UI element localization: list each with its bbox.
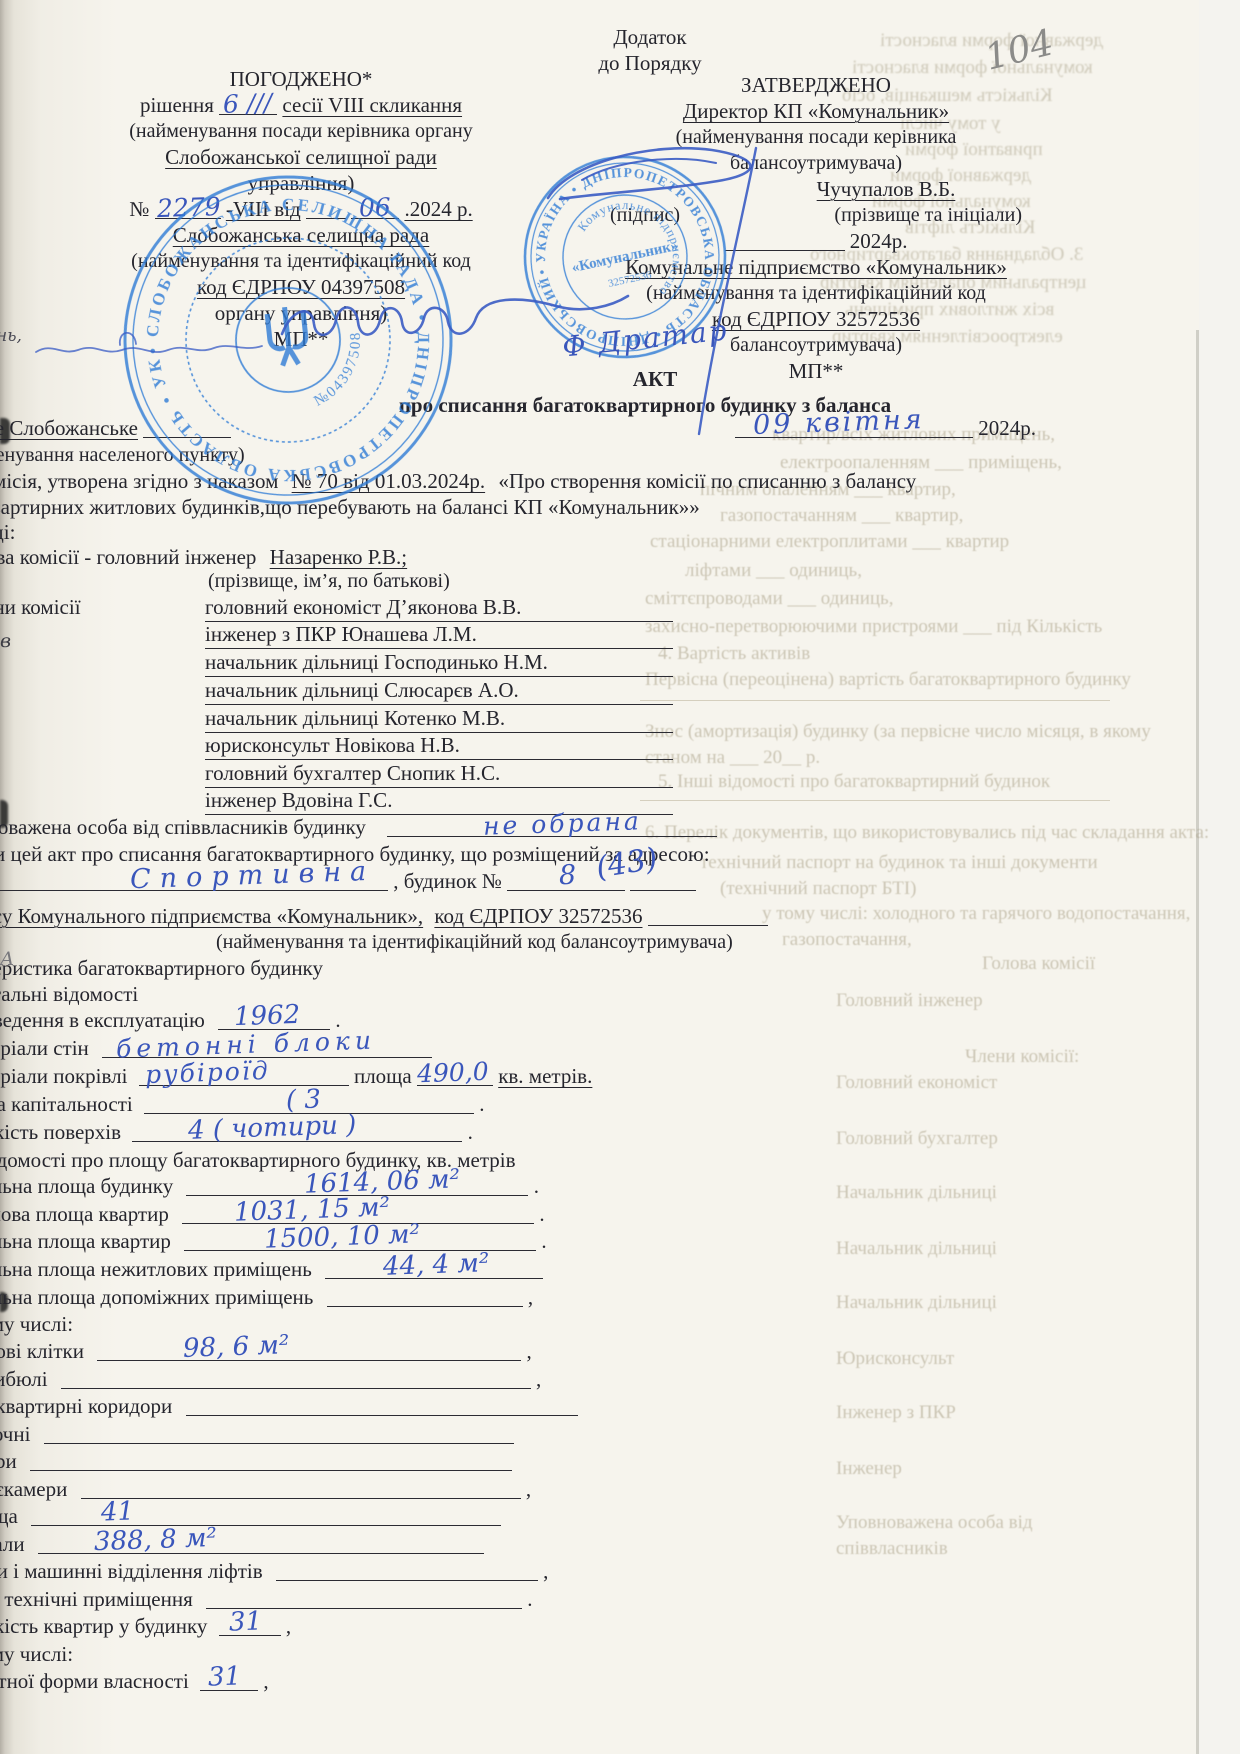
bleedthrough-text: Юрисконсульт [836, 1348, 954, 1370]
date-year: 2024р. [978, 416, 1036, 440]
field-label: група капітальності [0, 1092, 133, 1116]
field-mid-label: площа [354, 1064, 412, 1088]
field-label: матеріали покрівлі [0, 1064, 127, 1088]
member-name: начальник дільниці Котенко М.В. [205, 705, 673, 733]
blank-line: 09 квітня [735, 415, 973, 438]
field-label: колясочні [0, 1422, 30, 1446]
bleedthrough-text: співвласників [836, 1538, 948, 1560]
bleedthrough-text: Інженер [836, 1458, 902, 1480]
member-name: інженер з ПКР Юнашева Л.М. [205, 621, 673, 649]
member-row: начальник дільниці Слюсарєв А.О. [205, 677, 673, 705]
address-line: Спортивна , будинок № 8 [0, 868, 696, 894]
handwritten-date: 09 квітня [752, 403, 925, 443]
field-suffix: кв. метрів. [498, 1064, 592, 1088]
area-row: горища 41 [0, 1503, 501, 1529]
commission-head-line: Голова комісії - головний інженер Назаре… [0, 544, 407, 570]
area-row: сміттєкамери , [0, 1476, 531, 1502]
field-suffix: . [539, 1202, 544, 1226]
page-edge-line [1196, 330, 1199, 1754]
blank-line: 31 [200, 1668, 258, 1691]
field-suffix: . [541, 1229, 546, 1253]
blank-line: не обрана [387, 814, 717, 837]
caption: (найменування посади керівника органу [58, 118, 544, 144]
head-label: Голова комісії - головний інженер [0, 545, 256, 569]
field-suffix: , [526, 1339, 531, 1363]
settlement-name: селище Слобожанське [0, 416, 138, 440]
scanned-act-document: державної форми власності комунальної фо… [0, 0, 1240, 1754]
bleedthrough-text: Головний інженер [836, 990, 983, 1012]
field-label: вестибюлі [0, 1367, 48, 1391]
apartments-count-row: кількість квартир у будинку 31 , [0, 1613, 291, 1639]
bleedthrough-text: Знос (амортизація) будинку (за первісне … [645, 721, 1151, 743]
handwritten-not-elected: не обрана [483, 805, 643, 842]
field-suffix: . [527, 1587, 532, 1611]
act-date-line: 09 квітня 2024р. [735, 415, 1036, 441]
field-suffix: . [534, 1174, 539, 1198]
member-name: головний економіст Д’яконова В.В. [205, 594, 673, 622]
bleedthrough-rule [640, 700, 1110, 701]
field-suffix: , [286, 1614, 291, 1638]
bleedthrough-text: газопостачання, [782, 929, 912, 951]
area-row: позаквартирні коридори [0, 1393, 578, 1419]
commission-paragraph-3: у складі: [0, 519, 15, 545]
page-edge-pad [1199, 0, 1240, 1754]
field-label: сміттєкамери [0, 1477, 67, 1501]
edge-fragment: А [0, 948, 14, 970]
member-row: начальник дільниці Господинько Н.М. [205, 649, 673, 677]
field-label: позаквартирні коридори [0, 1394, 172, 1418]
balance-holder-code: код ЄДРПОУ 32572536 [434, 904, 642, 928]
member-row: юрисконсульт Новікова Н.В. [205, 732, 673, 760]
field-suffix: , [528, 1285, 533, 1309]
blank-line [327, 1284, 523, 1307]
handwritten-street: Спортивна [129, 855, 375, 897]
house-label: , будинок № [393, 869, 502, 893]
bleedthrough-text: стаціонарними електроплитами ___ квартир [650, 531, 1009, 553]
session-label: рішення [140, 93, 214, 117]
member-row: головний бухгалтер Снопик Н.С. [205, 760, 673, 788]
bleedthrough-text: Інженер з ПКР [836, 1402, 956, 1424]
blank-line: 98, 6 м² [97, 1338, 521, 1361]
blank-line [276, 1558, 538, 1581]
area-row: загальна площа нежитлових приміщень 44, … [0, 1256, 543, 1282]
bleedthrough-rule [640, 800, 1110, 801]
session-label2: сесії VIII скликання [282, 93, 462, 117]
field-label: приватної форми власності [0, 1669, 189, 1693]
member-row: начальник дільниці Котенко М.В. [205, 705, 673, 733]
area-row: інші технічні приміщення . [0, 1586, 532, 1612]
blank-line [186, 1393, 578, 1416]
member-row: інженер з ПКР Юнашева Л.М. [205, 621, 673, 649]
seal-code-text: №04397508 [305, 330, 371, 411]
year-label: 2024р. [850, 229, 908, 253]
field-label: загальна площа будинку [0, 1174, 173, 1198]
field-label: інші технічні приміщення [0, 1587, 193, 1611]
edge-fragment: в [0, 630, 11, 652]
bleedthrough-text: Уповноважена особа від [836, 1512, 1033, 1534]
field-label: комори [0, 1449, 17, 1473]
caption-balance-holder: (найменування та ідентифікаційний код ба… [216, 930, 733, 955]
svg-text:№04397508: №04397508 [305, 330, 371, 411]
field-label: Рік введення в експлуатацію [0, 1008, 205, 1032]
blank-line [648, 903, 768, 926]
handwritten-value: 41 [101, 1495, 135, 1529]
bleedthrough-text: сміттєпроводами ___ одиниць, [645, 588, 893, 610]
field-label: загальна площа допоміжних приміщень [0, 1285, 313, 1309]
blank-line: 388, 8 м² [38, 1531, 484, 1554]
bleedthrough-text: Начальник дільниці [836, 1292, 997, 1314]
field-label: кількість поверхів [0, 1120, 121, 1144]
balance-holder-line: з балансу Комунального підприємства «Ком… [0, 903, 768, 929]
approved-heading: ПОГОДЖЕНО* [58, 66, 544, 92]
field-label: підвали [0, 1532, 25, 1556]
area-row: шахти і машинні відділення ліфтів , [0, 1558, 548, 1584]
member-name: начальник дільниці Господинько Н.М. [205, 649, 673, 677]
field-label: шахти і машинні відділення ліфтів [0, 1559, 263, 1583]
approved-heading: ЗАТВЕРДЖЕНО [582, 72, 1050, 98]
caption-fullname: (прізвище, ім’я, по батькові) [208, 569, 450, 594]
annex-line1: Додаток [540, 24, 760, 50]
blank-line: 6 /// [219, 92, 277, 115]
bleedthrough-text: (технічний паспорт БТІ) [720, 878, 917, 900]
council-round-seal: • СЛОБОЖАНСЬКА СЕЛИЩНА РАДА • ДНІПРОПЕТР… [99, 151, 477, 529]
bleedthrough-text: 5. Інші відомості про багатоквартирний б… [658, 771, 1050, 793]
bleedthrough-text: 6. Перелік документів, що використовувал… [645, 822, 1209, 844]
field-label: загальна площа нежитлових приміщень [0, 1257, 312, 1281]
section-1-heading: 1. Характеристика багатоквартирного буди… [0, 955, 323, 981]
caption-name: (прізвище та ініціали) [834, 202, 1022, 228]
area-row: колясочні [0, 1421, 514, 1447]
area-row: загальна площа допоміжних приміщень , [0, 1284, 533, 1310]
bleedthrough-text: Головний економіст [836, 1072, 997, 1094]
members-label: Члени комісії [0, 594, 81, 620]
bleedthrough-text: Начальник дільниці [836, 1238, 997, 1260]
blank-line [30, 1448, 512, 1471]
bleedthrough-text: газопостачанням ___ квартир, [720, 505, 963, 527]
trident-icon [267, 305, 309, 366]
field-label: сходові клітки [0, 1339, 84, 1363]
blank-line: 44, 4 м² [325, 1256, 543, 1279]
head-name: Назаренко Р.В.; [270, 545, 407, 569]
bleedthrough-text: Голова комісії [982, 953, 1095, 975]
session-line: рішення 6 /// сесії VIII скликання [58, 92, 544, 118]
field-suffix: . [479, 1092, 484, 1116]
annex-note: Додаток до Порядку [540, 24, 760, 77]
bleedthrough-text: Начальник дільниці [836, 1182, 997, 1204]
handwritten-value: 31 [228, 1605, 262, 1639]
handwritten-value: 44, 4 м² [383, 1247, 490, 1283]
field-suffix: , [536, 1367, 541, 1391]
blank-line [61, 1366, 531, 1389]
handwritten-value: 4 ( чотири ) [188, 1109, 357, 1147]
bleedthrough-text: у тому числі: холодного та гарячого водо… [762, 903, 1190, 925]
member-row: головний економіст Д’яконова В.В. [205, 594, 673, 622]
blank-line [81, 1476, 521, 1499]
rep-label: Уповноважена особа від співвласників буд… [0, 815, 366, 839]
blank-line [44, 1421, 514, 1444]
bleedthrough-text: Члени комісії: [965, 1046, 1079, 1068]
bleedthrough-text: Первісна (переоцінена) вартість багатокв… [645, 669, 1131, 691]
field-label: кількість квартир у будинку [0, 1614, 207, 1638]
field-suffix: . [468, 1120, 473, 1144]
area-row: вестибюлі , [0, 1366, 541, 1392]
edge-fragment: нь, [0, 326, 22, 346]
blank-line: Спортивна [0, 868, 388, 891]
director-title: Директор КП «Комунальник» [582, 98, 1050, 124]
bleedthrough-text: ліфтами ___ одиниць, [685, 560, 862, 582]
text: «Про створення комісії по списанню з бал… [498, 469, 916, 493]
blank-line: 31 [219, 1613, 281, 1636]
field-suffix: , [263, 1669, 268, 1693]
field-label: горища [0, 1504, 18, 1528]
seal-center-text: «Комунальник» [570, 238, 680, 276]
blank-line: 41 [31, 1503, 501, 1526]
handwritten-value: 31 [208, 1660, 242, 1694]
field-floors: кількість поверхів 4 ( чотири ) . [0, 1119, 473, 1145]
handwritten-value: рубіроїд [144, 1055, 270, 1091]
member-name: начальник дільниці Слюсарєв А.О. [205, 677, 673, 705]
handwritten-session-no: 6 /// [223, 90, 273, 118]
bleedthrough-text: 4. Вартість активів [658, 643, 810, 665]
member-name: юрисконсульт Новікова Н.В. [205, 732, 673, 760]
field-suffix: , [543, 1559, 548, 1583]
balance-holder: з балансу Комунального підприємства «Ком… [0, 904, 423, 928]
handwritten-house-no: 8 [559, 859, 577, 893]
private-ownership-row: приватної форми власності 31 , [0, 1668, 269, 1694]
field-label: житлова площа квартир [0, 1202, 169, 1226]
field-label: загальна площа квартир [0, 1229, 171, 1253]
blank-line: 490,0 [417, 1063, 493, 1086]
field-label: матеріали стін [0, 1036, 89, 1060]
blank-line [725, 228, 845, 251]
subheading-including: у тому числі: [0, 1641, 73, 1667]
bleedthrough-text: Головний бухгалтер [836, 1128, 998, 1150]
handwritten-value: 388, 8 м² [93, 1521, 217, 1558]
field-suffix: , [526, 1477, 531, 1501]
subheading-including: у тому числі: [0, 1311, 73, 1337]
handwritten-area-value: 490,0 [416, 1056, 489, 1090]
bleedthrough-text: технічний паспорт на будинок та інші док… [700, 852, 1098, 874]
handwritten-value: 98, 6 м² [183, 1329, 290, 1365]
section-1-1-heading: 1.1. Загальні відомості [0, 981, 138, 1007]
bleedthrough-text: захисно-перетворюючими пристроями ___ пі… [645, 616, 1102, 638]
blank-line: 4 ( чотири ) [132, 1119, 462, 1142]
area-row: комори [0, 1448, 512, 1474]
area-row: підвали 388, 8 м² [0, 1531, 484, 1557]
area-row: сходові клітки 98, 6 м² , [0, 1338, 532, 1364]
member-name: головний бухгалтер Снопик Н.С. [205, 760, 673, 788]
seal-number-text: 32572536 [607, 269, 653, 290]
owners-representative-line: Уповноважена особа від співвласників буд… [0, 814, 717, 840]
